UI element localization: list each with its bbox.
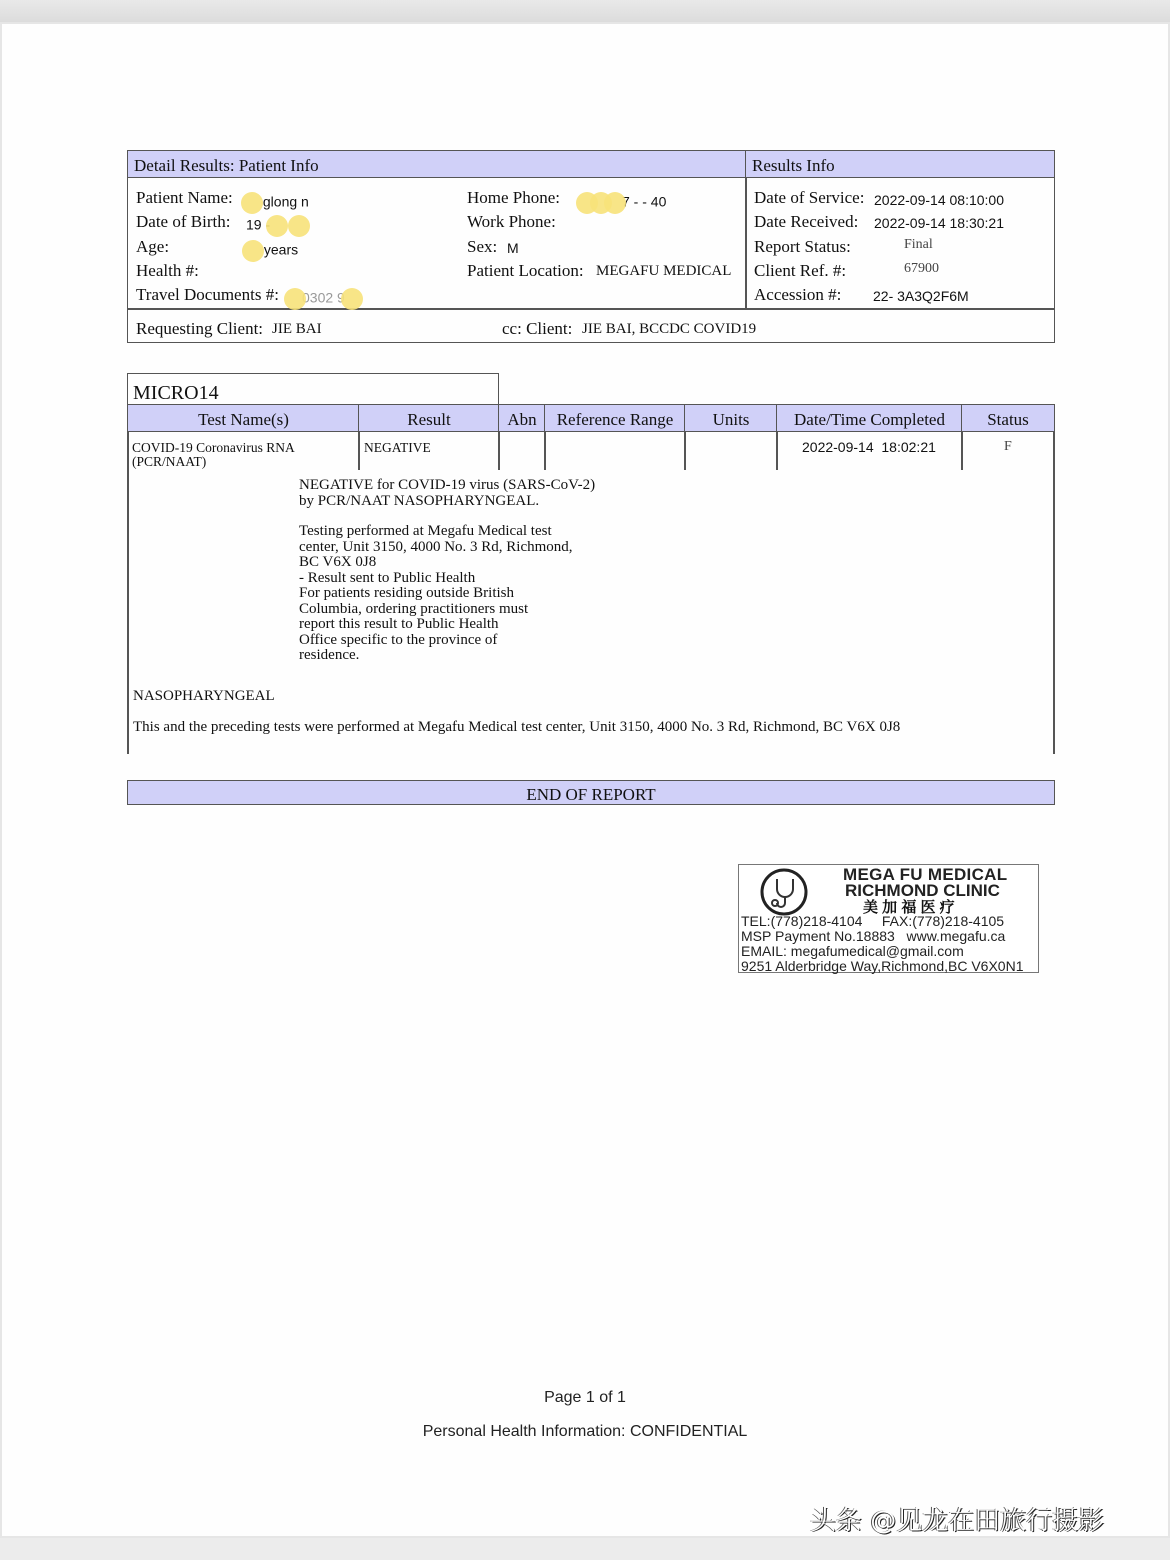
- watermark-text: 头条 @见龙在田旅行摄影: [810, 1500, 1104, 1537]
- health-number-label: Health #:: [136, 261, 199, 281]
- comment-line: - Result sent to Public Health: [299, 571, 595, 587]
- client-ref-value: 67900: [904, 261, 939, 277]
- cc-client-label: cc: Client:: [502, 319, 572, 339]
- col-header-result: Result: [358, 404, 500, 432]
- comment-line: Columbia, ordering practitioners must: [299, 602, 595, 618]
- page-number: Page 1 of 1: [0, 1389, 1170, 1407]
- column-divider: [358, 432, 360, 470]
- column-divider: [776, 432, 778, 470]
- work-phone-label: Work Phone:: [467, 212, 556, 232]
- confidential-notice: Personal Health Information: CONFIDENTIA…: [0, 1423, 1170, 1441]
- home-phone-value: 7 - - 40: [572, 192, 666, 214]
- col-header-abn: Abn: [498, 404, 546, 432]
- comment-line: residence.: [299, 648, 595, 664]
- section-title: MICRO14: [133, 382, 219, 405]
- home-phone-label: Home Phone:: [467, 188, 560, 208]
- redaction-mark: [241, 192, 263, 214]
- accession-label: Accession #:: [754, 285, 841, 305]
- stethoscope-logo-icon: [759, 867, 809, 917]
- comment-line: by PCR/NAAT NASOPHARYNGEAL.: [299, 494, 595, 510]
- comment-line: Office specific to the province of: [299, 633, 595, 649]
- redaction-mark: [604, 192, 626, 214]
- patient-location-value: MEGAFU MEDICAL: [596, 263, 731, 280]
- end-of-report-bar: END OF REPORT: [127, 780, 1055, 805]
- comment-line: [299, 509, 595, 524]
- sex-value: M: [507, 240, 519, 256]
- col-header-units: Units: [684, 404, 778, 432]
- travel-docs-label: Travel Documents #:: [136, 285, 279, 305]
- col-header-test-name: Test Name(s): [127, 404, 360, 432]
- comment-line: For patients residing outside British: [299, 586, 595, 602]
- redaction-mark: [284, 288, 306, 310]
- col-header-datetime-completed: Date/Time Completed: [776, 404, 963, 432]
- requesting-client-label: Requesting Client:: [136, 319, 263, 339]
- test-name-line2: (PCR/NAAT): [132, 454, 206, 469]
- table-left-border: [127, 432, 129, 754]
- results-info-header: Results Info: [746, 151, 1054, 178]
- comment-line: report this result to Public Health: [299, 617, 595, 633]
- col-header-reference-range: Reference Range: [544, 404, 686, 432]
- client-ref-label: Client Ref. #:: [754, 261, 846, 281]
- comment-line: BC V6X 0J8: [299, 555, 595, 571]
- patient-info-header: Detail Results: Patient Info: [128, 151, 746, 178]
- comment-line: Testing performed at Megafu Medical test: [299, 524, 595, 540]
- col-header-status: Status: [961, 404, 1055, 432]
- age-value: years: [246, 240, 298, 262]
- patient-location-label: Patient Location:: [467, 261, 584, 281]
- section-title-box: MICRO14: [127, 373, 499, 406]
- redaction-mark: [266, 215, 288, 237]
- column-divider: [961, 432, 963, 470]
- redaction-mark: [288, 215, 310, 237]
- column-divider: [544, 432, 546, 470]
- patient-name-value: glong n: [245, 192, 309, 214]
- date-of-service-label: Date of Service:: [754, 188, 864, 208]
- redaction-mark: [242, 240, 264, 262]
- status-value: F: [1004, 439, 1012, 455]
- viewer-top-bar: [0, 0, 1170, 22]
- comment-line: center, Unit 3150, 4000 No. 3 Rd, Richmo…: [299, 540, 595, 556]
- redaction-mark: [341, 288, 363, 310]
- requesting-client-value: JIE BAI: [272, 321, 322, 338]
- stamp-tel-fax: TEL:(778)218-4104 FAX:(778)218-4105: [741, 913, 1004, 929]
- sex-label: Sex:: [467, 237, 497, 257]
- test-name-line1: COVID-19 Coronavirus RNA: [132, 440, 295, 455]
- end-of-report-label: END OF REPORT: [526, 785, 655, 804]
- dob-value: 19 -: [246, 215, 306, 237]
- report-status-label: Report Status:: [754, 237, 851, 257]
- cc-client-value: JIE BAI, BCCDC COVID19: [582, 321, 756, 338]
- age-label: Age:: [136, 237, 169, 257]
- date-received-label: Date Received:: [754, 212, 858, 232]
- accession-value: 22- 3A3Q2F6M: [873, 288, 969, 304]
- completed-value: 2022-09-14 18:02:21: [802, 439, 936, 455]
- travel-docs-value: 0302 9: [288, 288, 359, 310]
- result-comment: NEGATIVE for COVID-19 virus (SARS-CoV-2)…: [299, 478, 595, 664]
- comment-line: NEGATIVE for COVID-19 virus (SARS-CoV-2): [299, 478, 595, 494]
- report-status-value: Final: [904, 237, 933, 253]
- date-received-value: 2022-09-14 18:30:21: [874, 215, 1004, 231]
- dob-label: Date of Birth:: [136, 212, 230, 232]
- date-of-service-value: 2022-09-14 08:10:00: [874, 192, 1004, 208]
- viewer-bottom-bar: [0, 1538, 1170, 1560]
- column-divider: [498, 432, 500, 470]
- stamp-email: EMAIL: megafumedical@gmail.com: [741, 943, 964, 959]
- table-right-border: [1053, 432, 1055, 754]
- stamp-address: 9251 Alderbridge Way,Richmond,BC V6X0N1: [741, 958, 1023, 974]
- result-value: NEGATIVE: [364, 440, 431, 455]
- specimen-source: NASOPHARYNGEAL: [133, 688, 275, 705]
- patient-name-label: Patient Name:: [136, 188, 233, 208]
- clinic-stamp: MEGA FU MEDICAL RICHMOND CLINIC 美 加 福 医 …: [738, 864, 1039, 973]
- stamp-msp-web: MSP Payment No.18883 www.megafu.ca: [741, 928, 1005, 944]
- performed-at-text: This and the preceding tests were perfor…: [133, 719, 900, 736]
- column-divider: [684, 432, 686, 470]
